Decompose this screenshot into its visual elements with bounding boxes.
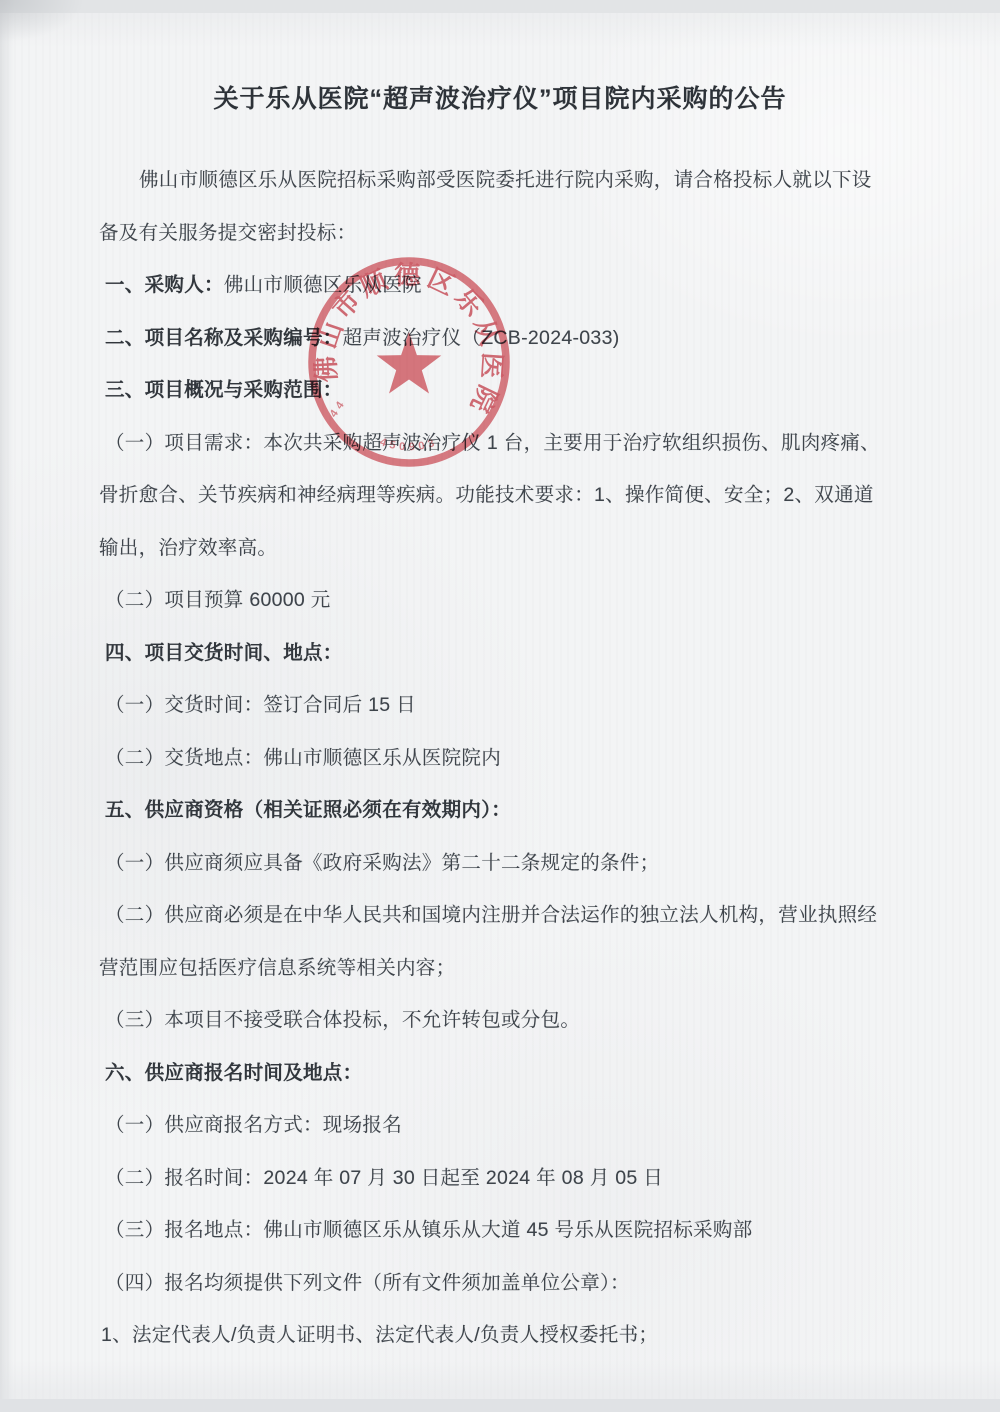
line-text: 超声波治疗仪（ZCB-2024-033) — [343, 327, 620, 349]
line-text: （一）项目需求：本次共采购超声波治疗仪 1 台，主要用于治疗软组织损伤、肌肉疼痛… — [105, 432, 880, 454]
line-heading-label: 五、供应商资格（相关证照必须在有效期内）： — [105, 799, 511, 821]
document-line: （一）项目需求：本次共采购超声波治疗仪 1 台，主要用于治疗软组织损伤、肌肉疼痛… — [99, 417, 900, 470]
scan-artifact-bottom-band — [0, 1360, 1000, 1412]
document-line: （一）供应商报名方式：现场报名 — [99, 1099, 900, 1152]
line-text: （一）供应商须应具备《政府采购法》第二十二条规定的条件； — [105, 852, 659, 874]
document-line: 佛山市顺德区乐从医院招标采购部受医院委托进行院内采购，请合格投标人就以下设 — [99, 154, 900, 207]
line-text: （三）本项目不接受联合体投标，不允许转包或分包。 — [105, 1009, 580, 1031]
document-line: （一）交货时间：签订合同后 15 日 — [99, 679, 900, 732]
document-line: （二）交货地点：佛山市顺德区乐从医院院内 — [99, 732, 900, 785]
document-line: 三、项目概况与采购范围： — [99, 364, 900, 417]
line-text: 输出，治疗效率高。 — [99, 537, 277, 559]
document-line: （二）报名时间：2024 年 07 月 30 日起至 2024 年 08 月 0… — [99, 1152, 900, 1205]
scanned-document-page: 关于乐从医院“超声波治疗仪”项目院内采购的公告 佛山市顺德区乐从医院招标采购部受… — [0, 0, 1000, 1412]
line-text: （二）交货地点：佛山市顺德区乐从医院院内 — [105, 747, 501, 769]
document-line: （二）项目预算 60000 元 — [99, 574, 900, 627]
document-line: 1、法定代表人/负责人证明书、法定代表人/负责人授权委托书； — [99, 1309, 900, 1362]
document-title: 关于乐从医院“超声波治疗仪”项目院内采购的公告 — [0, 84, 1000, 114]
line-text: （二）供应商必须是在中华人民共和国境内注册并合法运作的独立法人机构，营业执照经 — [105, 904, 877, 926]
line-text: 备及有关服务提交密封投标： — [99, 222, 356, 244]
line-text: （一）供应商报名方式：现场报名 — [105, 1114, 402, 1136]
line-text: （四）报名均须提供下列文件（所有文件须加盖单位公章）： — [105, 1272, 630, 1294]
line-text: （一）交货时间：签订合同后 15 日 — [105, 694, 416, 716]
document-line: 骨折愈合、关节疾病和神经病理等疾病。功能技术要求：1、操作简便、安全；2、双通道 — [99, 469, 900, 522]
line-text: 佛山市顺德区乐从医院 — [224, 274, 422, 296]
document-line: 五、供应商资格（相关证照必须在有效期内）： — [99, 784, 900, 837]
line-text: 佛山市顺德区乐从医院招标采购部受医院委托进行院内采购，请合格投标人就以下设 — [139, 169, 872, 191]
line-text: （二）报名时间：2024 年 07 月 30 日起至 2024 年 08 月 0… — [105, 1167, 663, 1189]
document-line: 一、采购人：佛山市顺德区乐从医院 — [99, 259, 900, 312]
line-heading-label: 二、项目名称及采购编号： — [105, 327, 343, 349]
document-line: （二）供应商必须是在中华人民共和国境内注册并合法运作的独立法人机构，营业执照经 — [99, 889, 900, 942]
scan-artifact-corner-shadow — [0, 0, 120, 60]
line-heading-label: 三、项目概况与采购范围： — [105, 379, 343, 401]
line-heading-label: 六、供应商报名时间及地点： — [105, 1062, 362, 1084]
document-line: （三）本项目不接受联合体投标，不允许转包或分包。 — [99, 994, 900, 1047]
document-line: 二、项目名称及采购编号：超声波治疗仪（ZCB-2024-033) — [99, 312, 900, 365]
document-line: 四、项目交货时间、地点： — [99, 627, 900, 680]
line-text: （三）报名地点：佛山市顺德区乐从镇乐从大道 45 号乐从医院招标采购部 — [105, 1219, 753, 1241]
document-line: 营范围应包括医疗信息系统等相关内容； — [99, 942, 900, 995]
line-heading-label: 一、采购人： — [105, 274, 224, 296]
document-body: 佛山市顺德区乐从医院招标采购部受医院委托进行院内采购，请合格投标人就以下设备及有… — [0, 154, 1000, 1362]
document-line: （三）报名地点：佛山市顺德区乐从镇乐从大道 45 号乐从医院招标采购部 — [99, 1204, 900, 1257]
line-text: （二）项目预算 60000 元 — [105, 589, 331, 611]
line-text: 骨折愈合、关节疾病和神经病理等疾病。功能技术要求：1、操作简便、安全；2、双通道 — [99, 484, 874, 506]
scan-artifact-top-band — [0, 0, 1000, 72]
document-line: （一）供应商须应具备《政府采购法》第二十二条规定的条件； — [99, 837, 900, 890]
document-line: （四）报名均须提供下列文件（所有文件须加盖单位公章）： — [99, 1257, 900, 1310]
document-line: 六、供应商报名时间及地点： — [99, 1047, 900, 1100]
document-line: 备及有关服务提交密封投标： — [99, 207, 900, 260]
document-line: 输出，治疗效率高。 — [99, 522, 900, 575]
line-text: 营范围应包括医疗信息系统等相关内容； — [99, 957, 455, 979]
line-heading-label: 四、项目交货时间、地点： — [105, 642, 343, 664]
line-text: 1、法定代表人/负责人证明书、法定代表人/负责人授权委托书； — [101, 1324, 658, 1346]
